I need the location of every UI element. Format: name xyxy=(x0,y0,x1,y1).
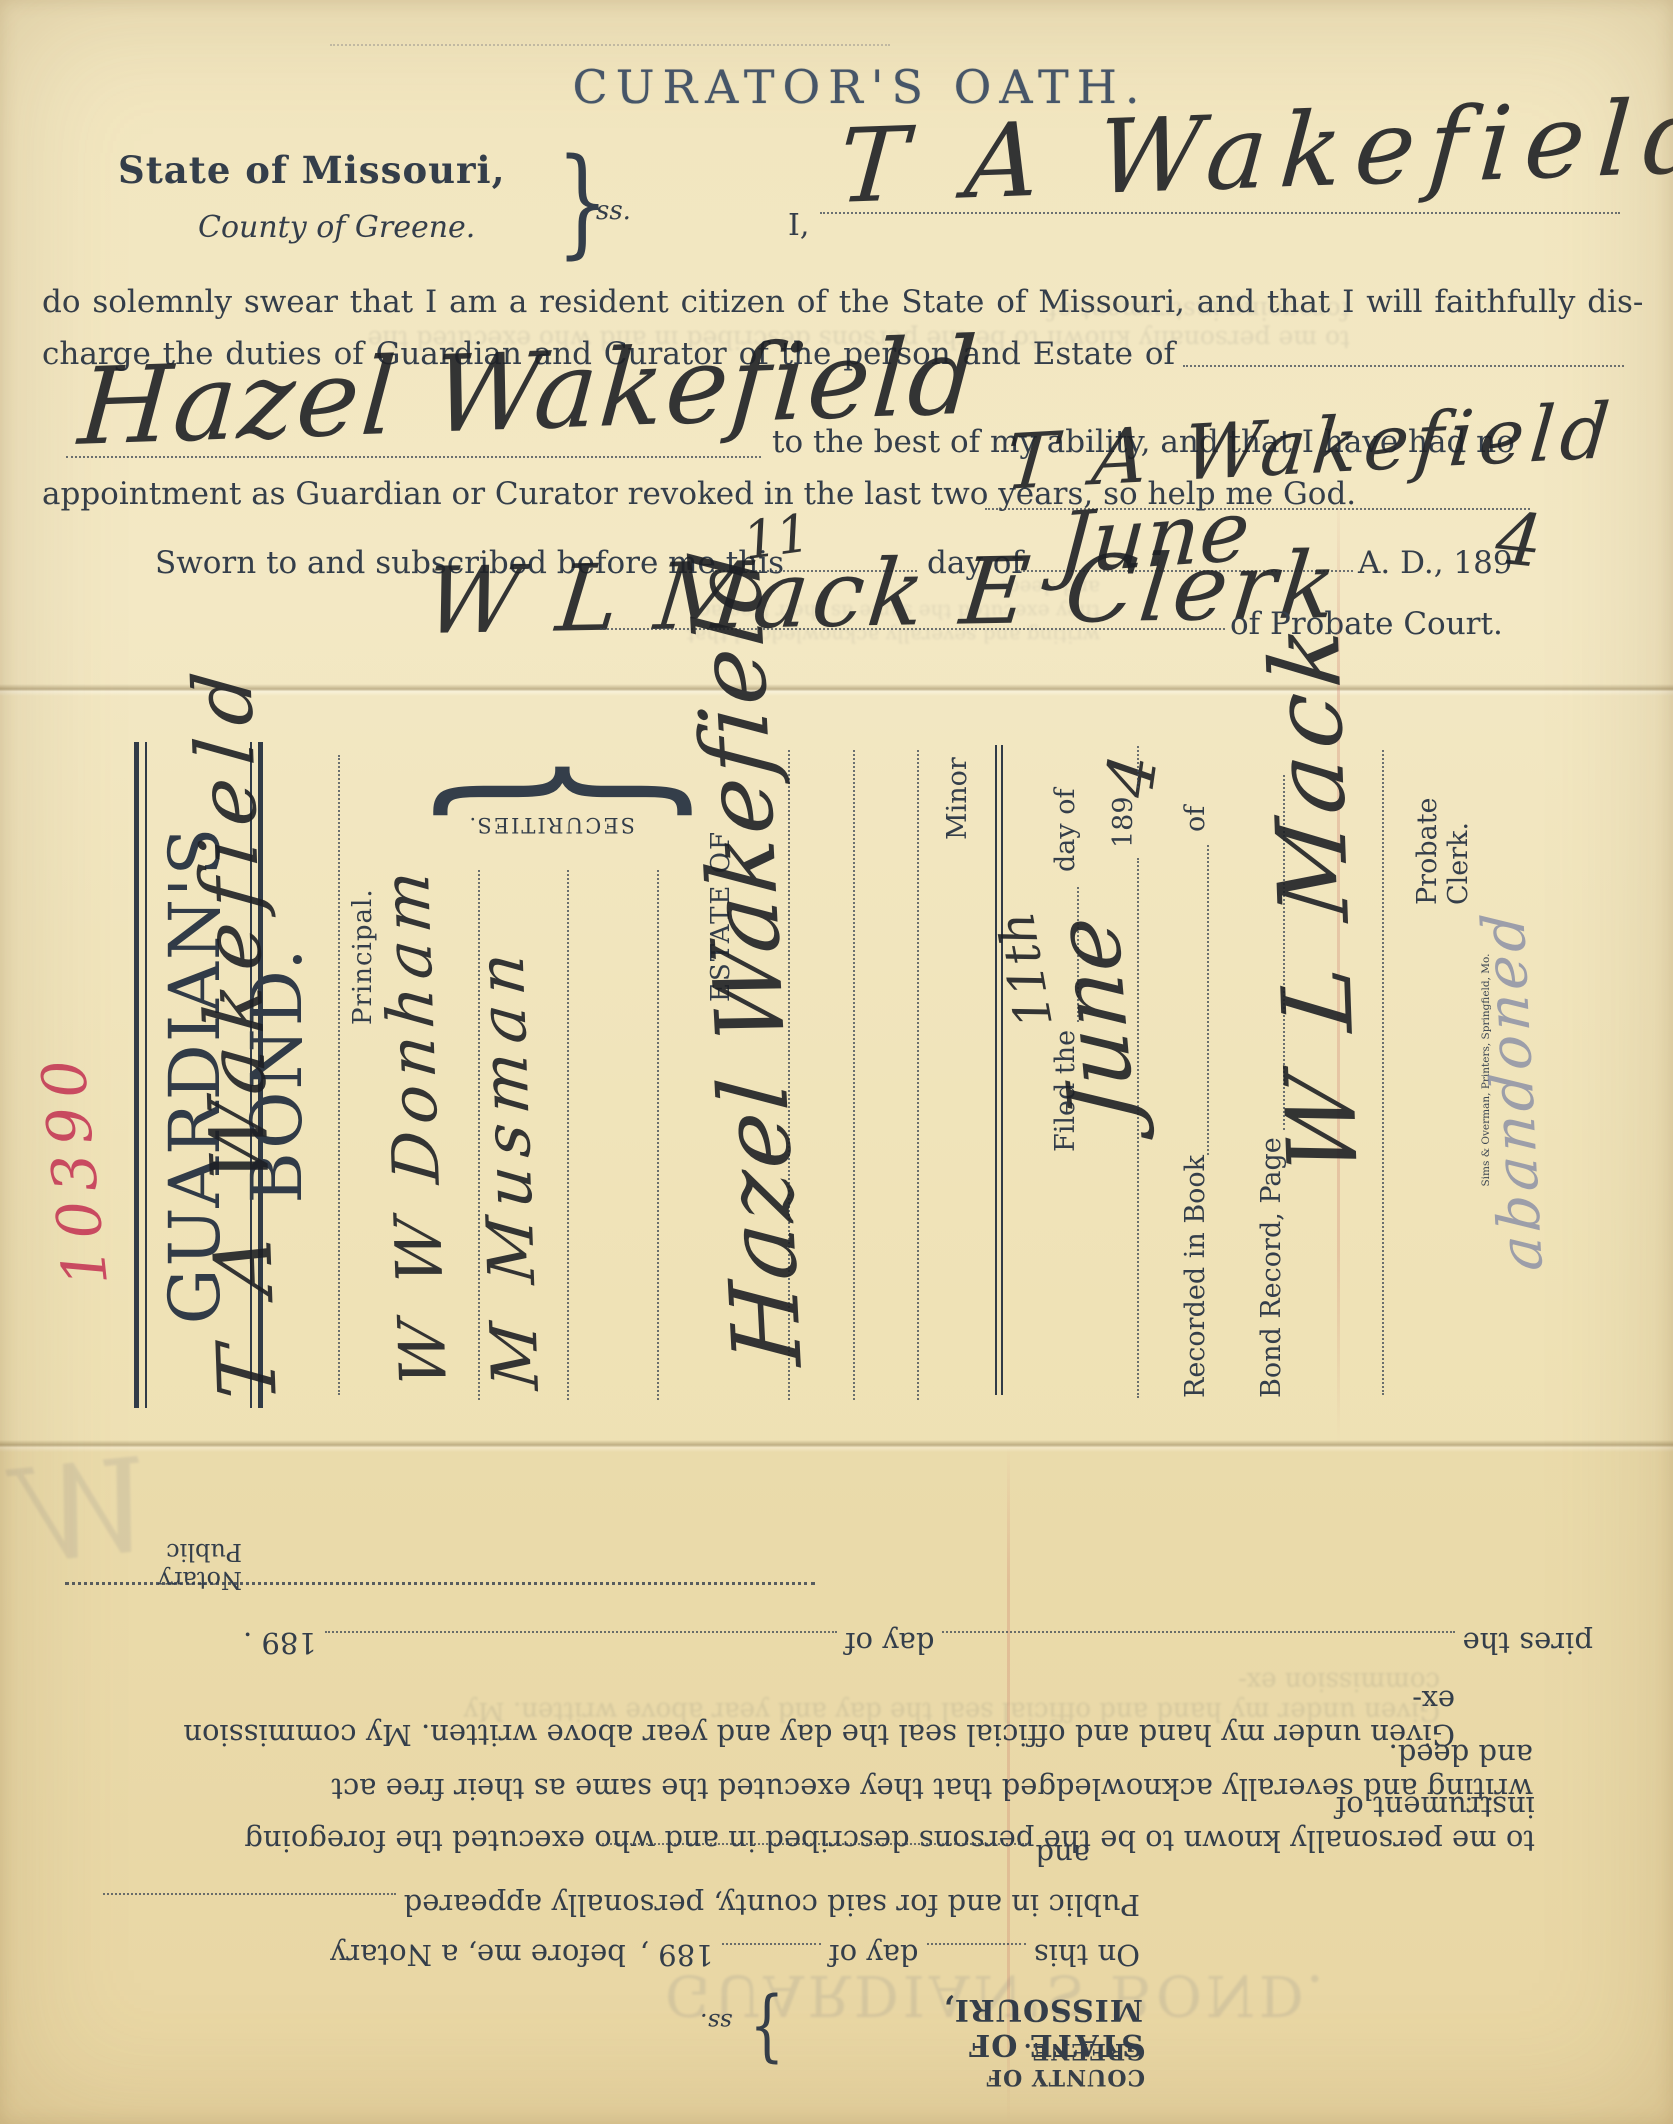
notary-ss-label: ss. xyxy=(700,2008,732,2036)
oath-name-line xyxy=(820,212,1620,214)
fold-crease-lower xyxy=(0,1440,1673,1452)
bond-clerk-line xyxy=(1382,750,1384,1395)
notary-public-label: Notary Public xyxy=(82,1538,242,1594)
bond-title-rule-top-thin xyxy=(145,742,147,1408)
bond-security1-signature: W W Donham xyxy=(369,860,462,1390)
oath-ss-label: ss. xyxy=(596,196,631,226)
recorded-book-blank xyxy=(1207,845,1209,1155)
filed-year-blank xyxy=(1137,746,1139,788)
notary-public-line: Public in and for said county, personall… xyxy=(95,1888,1140,1922)
and-blank xyxy=(598,1843,1027,1845)
sworn-year-digit: 4 xyxy=(1492,495,1546,583)
expires-month-blank xyxy=(325,1631,837,1633)
clerk-signature: W L Mack E Clerk xyxy=(420,532,1345,655)
ghost-top-rule xyxy=(330,44,890,46)
on-this-label: On this xyxy=(1034,1938,1140,1972)
on-this-day-of-label: day of xyxy=(829,1938,919,1972)
oath-i-label: I, xyxy=(788,208,809,243)
recorded-in-book-label: Recorded in Book xyxy=(1180,1155,1211,1398)
oath-county-line: County of Greene. xyxy=(198,210,475,245)
pires-the-label: pires the xyxy=(1463,1626,1593,1660)
sworn-ad-label: A. D., 189 xyxy=(1358,545,1513,581)
bond-title-rule-top-thick xyxy=(134,742,139,1408)
filed-day-of-label: day of xyxy=(1050,789,1081,872)
filed-month-value: June xyxy=(1033,915,1157,1125)
oath-state-line: State of Missouri, xyxy=(118,148,505,192)
bond-docket-panel: 10390 GUARDIAN'S BOND. T A Wakefield Pri… xyxy=(90,730,1520,1420)
notary-and-line: and xyxy=(590,1838,1090,1872)
probate-clerk-label: Probate Clerk. xyxy=(1412,730,1474,905)
pencil-note: abandoned xyxy=(1469,908,1556,1272)
notary-expires-line: pires the day of 189 . xyxy=(243,1626,1593,1660)
public-appeared-text: Public in and for said county, personall… xyxy=(404,1888,1140,1922)
minor-label: Minor xyxy=(942,757,973,840)
filed-year-label: 189 xyxy=(1108,796,1139,848)
appeared-blank xyxy=(103,1893,396,1895)
oath-ward-line xyxy=(66,456,761,458)
notary-on-this-line: On this day of 189 , before me, a Notary xyxy=(330,1938,1140,1972)
on-this-year-label: 189 , xyxy=(640,1938,714,1972)
estate-of-blank xyxy=(1183,365,1624,367)
bond-clerk-signature: W L Mack xyxy=(1248,614,1380,1180)
bond-security2-line xyxy=(567,870,569,1400)
oath-body-line1: do solemnly swear that I am a resident c… xyxy=(42,284,1643,320)
bond-security3-line xyxy=(657,870,659,1400)
expires-day-of-label: day of xyxy=(845,1626,935,1660)
bond-principal-line xyxy=(338,755,340,1395)
filed-year-digit: 4 xyxy=(1091,750,1173,802)
expires-day-blank xyxy=(942,1631,1454,1633)
bond-divider-rule1 xyxy=(995,745,997,1395)
expires-year-label: 189 . xyxy=(243,1626,317,1660)
bond-record-page-label: Bond Record, Page xyxy=(1256,1137,1287,1398)
notary-ss-brace: } xyxy=(749,1992,784,2070)
recorded-of-label: of xyxy=(1180,806,1211,832)
oath-signature: T A Wakefield xyxy=(1002,386,1619,507)
scanned-document-page: to me personally known to be the persons… xyxy=(0,0,1673,2124)
on-this-day-blank xyxy=(927,1943,1026,1945)
notary-county-heading: COUNTY OF GREENE. xyxy=(900,2038,1145,2090)
securities-label: SECURITIES. xyxy=(485,813,635,837)
bond-divider-rule2 xyxy=(1001,745,1003,1395)
estate-name-line2 xyxy=(853,750,855,1400)
and-label: and xyxy=(1035,1838,1090,1872)
before-notary-label: before me, a Notary xyxy=(330,1938,626,1972)
file-number: 10390 xyxy=(28,1047,122,1289)
notary-signature-line xyxy=(65,1582,815,1585)
bond-estate-signature: Hazel Wakefield xyxy=(672,546,824,1368)
on-this-month-blank xyxy=(722,1943,821,1945)
estate-name-line3 xyxy=(917,750,919,1400)
bond-security2-signature: M Musman xyxy=(464,940,554,1392)
